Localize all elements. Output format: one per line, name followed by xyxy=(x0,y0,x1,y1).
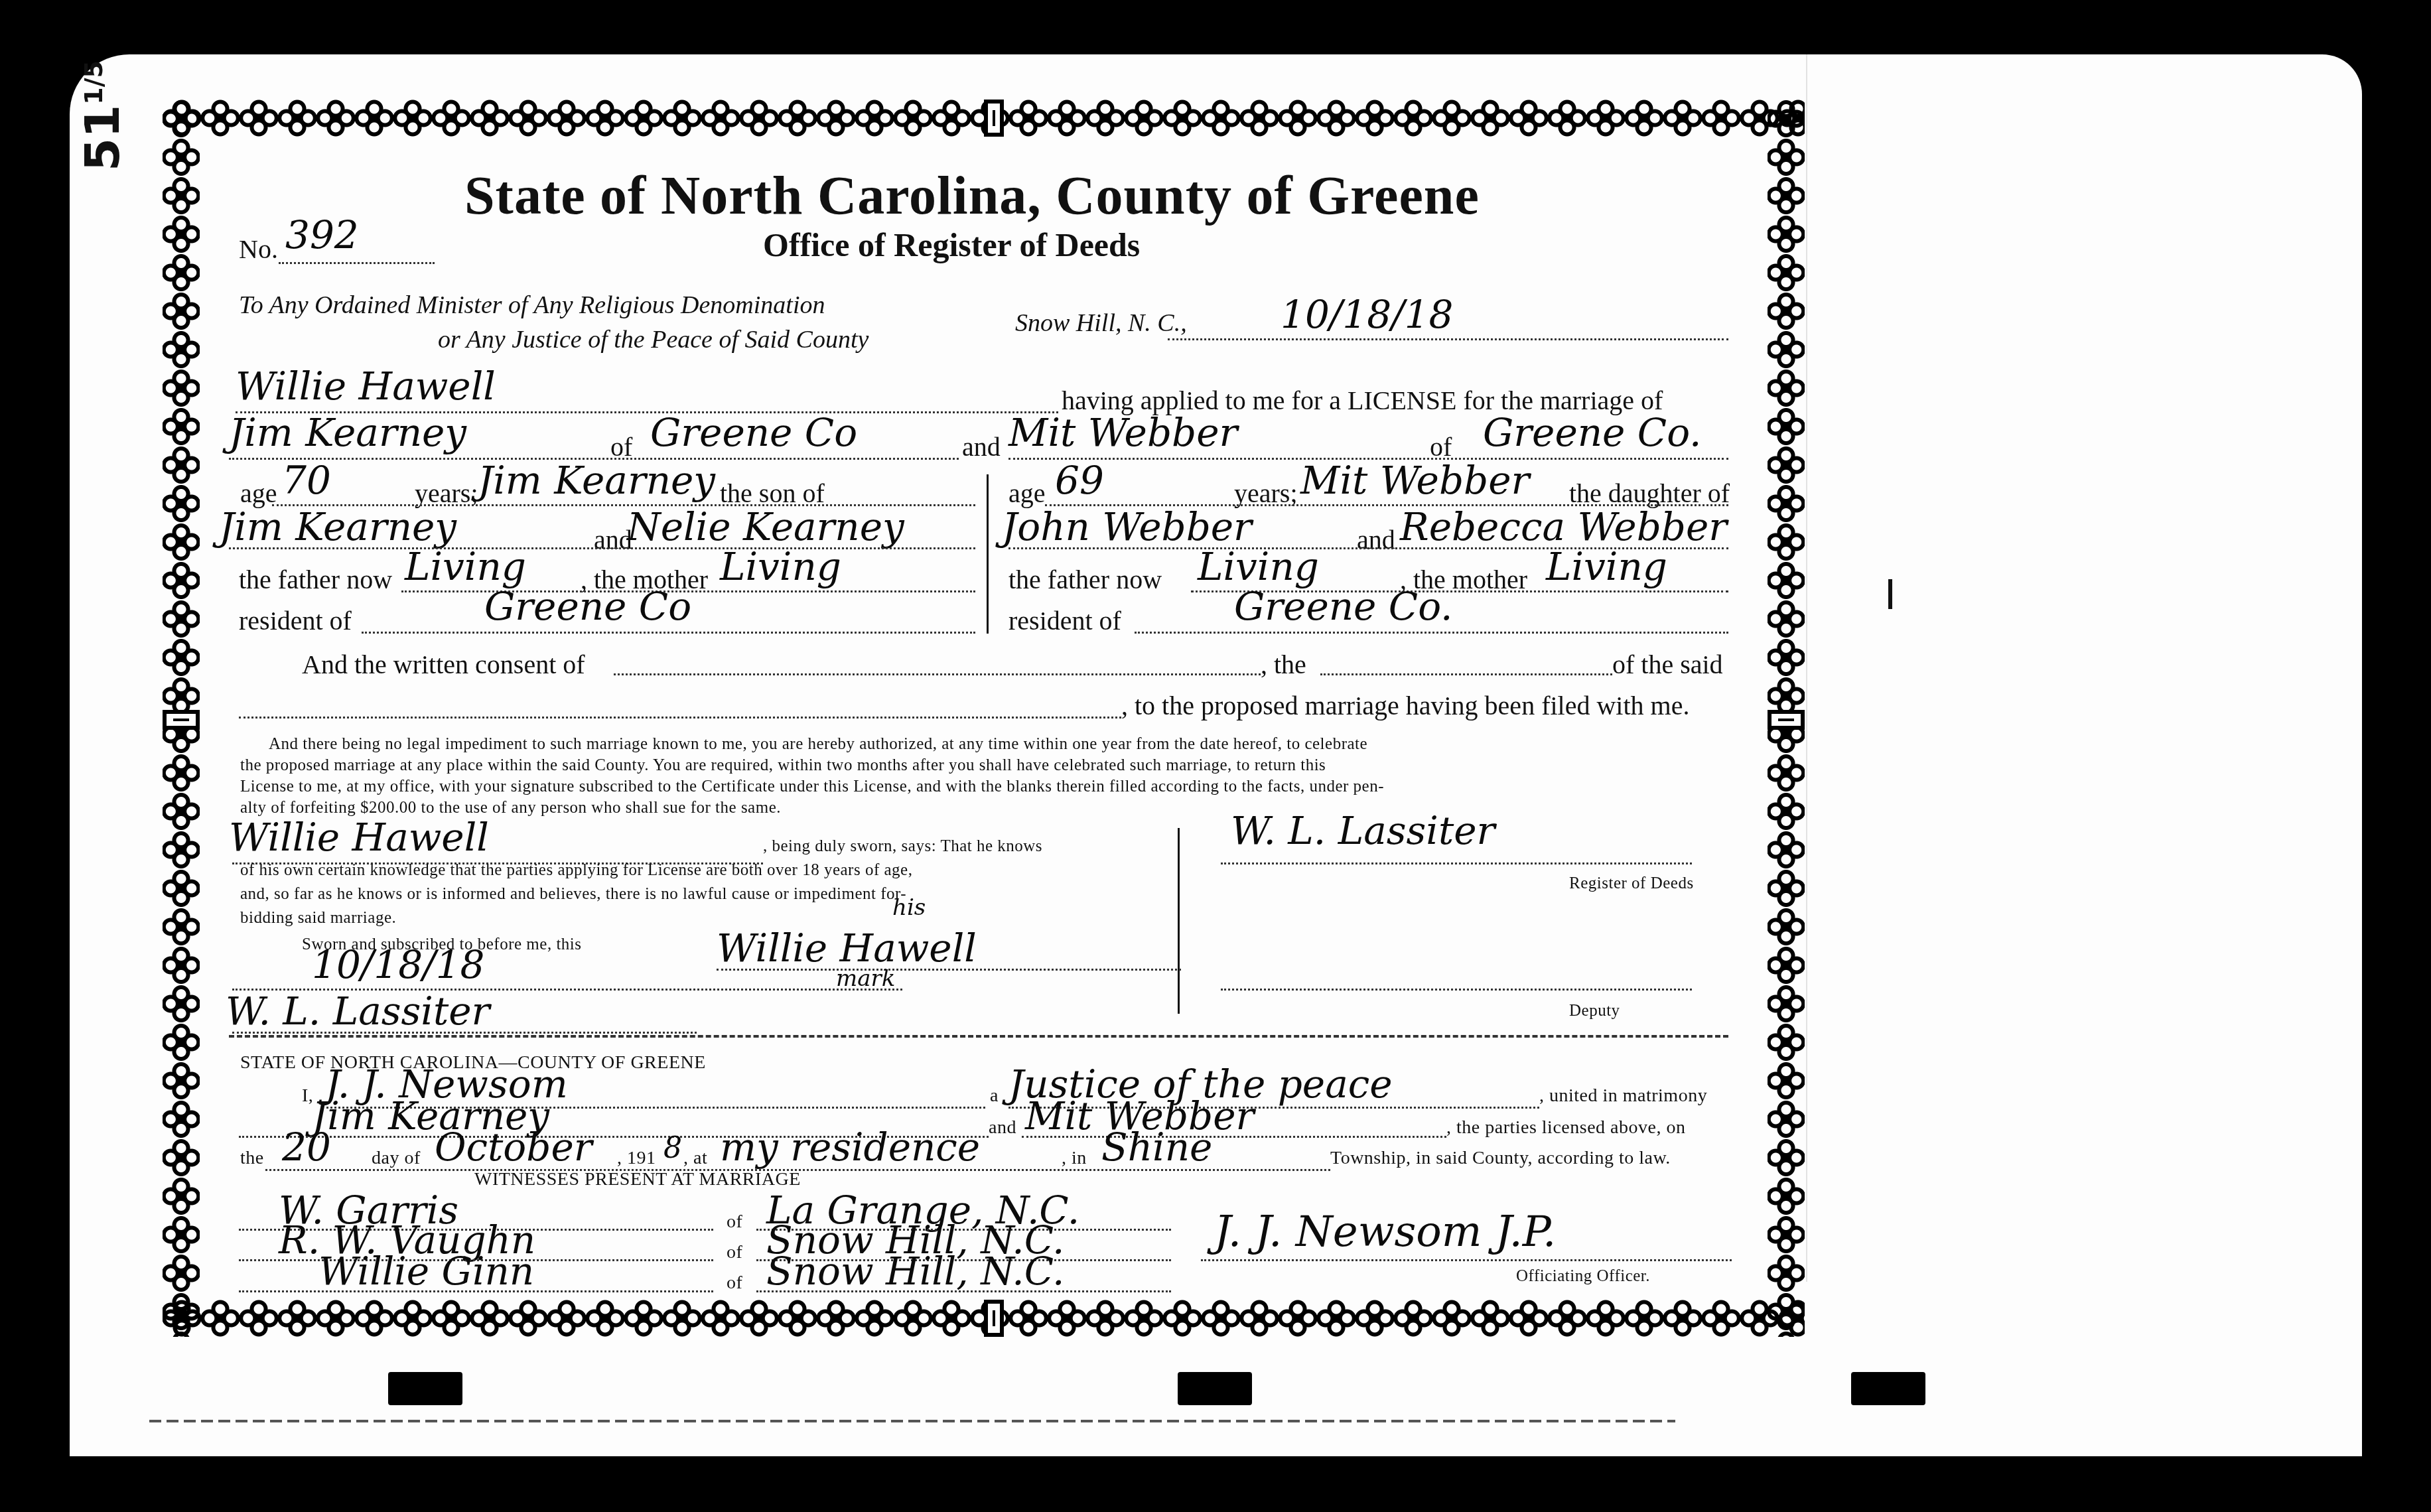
sworn-date: 10/18/18 xyxy=(312,942,485,987)
parties-label: , the parties licensed above, on xyxy=(1446,1117,1685,1138)
register-title: Register of Deeds xyxy=(1569,874,1694,893)
and-label: and xyxy=(962,431,1001,462)
mark-label: mark xyxy=(836,965,895,992)
officiating-signature: J. J. Newsom J.P. xyxy=(1214,1207,1556,1257)
consent-relation-line xyxy=(1320,673,1612,675)
page-fraction: 1/5 xyxy=(79,60,108,105)
deputy-label: Deputy xyxy=(1569,1002,1620,1020)
applicant-name: Willie Hawell xyxy=(236,364,496,409)
groom-age: 70 xyxy=(282,458,331,503)
address-line-2: or Any Justice of the Peace of Said Coun… xyxy=(438,325,868,354)
section-separator xyxy=(229,1035,1728,1038)
bride-resident-label: resident of xyxy=(1008,605,1121,636)
authorization-line-3: License to me, at my office, with your s… xyxy=(240,778,1384,796)
bride-father: John Webber xyxy=(1002,504,1252,549)
officiating-signature-line xyxy=(1201,1259,1732,1261)
officiating-label: Officiating Officer. xyxy=(1516,1267,1650,1286)
border-marker-right-icon xyxy=(1768,710,1805,730)
consent-the-label: , the xyxy=(1261,649,1306,680)
certificate-the-label: the xyxy=(240,1148,264,1169)
oath-line-3: and, so far as he knows or is informed a… xyxy=(240,885,906,904)
corner-page-number: 511/5 xyxy=(74,60,130,171)
authorization-line-1: And there being no legal impediment to s… xyxy=(269,735,1367,754)
marriage-place: my residence xyxy=(720,1125,980,1170)
groom-name: Jim Kearney xyxy=(229,410,466,455)
witness-3-residence-line xyxy=(756,1290,1171,1292)
consent-filed-text: , to the proposed marriage having been f… xyxy=(1121,690,1689,721)
date-line xyxy=(1168,338,1728,340)
groom-resident-label: resident of xyxy=(239,605,352,636)
registration-tab-center xyxy=(1178,1372,1252,1405)
column-divider xyxy=(987,474,989,634)
authorization-line-2: the proposed marriage at any place withi… xyxy=(240,756,1326,775)
in-label: , in xyxy=(1062,1148,1087,1169)
groom-resident: Greene Co xyxy=(484,584,691,629)
bride-father-now-label: the father now xyxy=(1008,564,1162,595)
license-no-value: 392 xyxy=(285,212,359,257)
license-date: 10/18/18 xyxy=(1281,292,1454,337)
consent-line-2 xyxy=(239,717,1121,719)
oath-line-2: of his own certain knowledge that the pa… xyxy=(240,861,912,880)
consent-name-line xyxy=(614,673,1261,675)
groom-resident-line xyxy=(362,632,975,634)
witness-3-name: Willie Ginn xyxy=(318,1249,534,1294)
deputy-signature-line xyxy=(1221,989,1692,991)
registration-tab-right xyxy=(1851,1372,1925,1405)
margin-mark xyxy=(1888,579,1892,609)
document-title: State of North Carolina, County of Green… xyxy=(464,165,1480,227)
place-label: Snow Hill, N. C., xyxy=(1015,309,1187,338)
groom-mother: Nelie Kearney xyxy=(627,504,904,549)
marriage-day: 20 xyxy=(282,1125,331,1170)
township-label: Township, in said County, according to l… xyxy=(1330,1148,1671,1169)
groom-parents-line xyxy=(229,547,975,549)
witness-3-residence: Snow Hill, N.C. xyxy=(766,1249,1064,1294)
groom-name-repeat: Jim Kearney xyxy=(478,458,715,503)
affiant-signature-line xyxy=(717,969,1181,971)
groom-county: Greene Co xyxy=(650,410,857,455)
border-marker-top-icon xyxy=(984,100,1004,137)
groom-father: Jim Kearney xyxy=(219,504,456,549)
year-prefix: , 191 xyxy=(617,1148,656,1169)
register-signature: W. L. Lassiter xyxy=(1231,808,1495,853)
page-number: 51 xyxy=(74,105,130,171)
border-marker-bottom-icon xyxy=(984,1300,1004,1337)
bride-mother: Rebecca Webber xyxy=(1400,504,1727,549)
address-line-1: To Any Ordained Minister of Any Religiou… xyxy=(239,291,825,320)
groom-mother-status: Living xyxy=(720,544,841,589)
witnesses-heading: WITNESSES PRESENT AT MARRIAGE xyxy=(474,1169,801,1190)
bride-name-repeat: Mit Webber xyxy=(1300,458,1529,503)
bride-resident-line xyxy=(1135,632,1728,634)
day-of-label: day of xyxy=(372,1148,421,1169)
township-name: Shine xyxy=(1101,1125,1212,1170)
bride-father-status: Living xyxy=(1198,544,1319,589)
certificate-and-label: and xyxy=(989,1117,1016,1138)
oath-line-4: bidding said marriage. xyxy=(240,909,396,928)
bride-name: Mit Webber xyxy=(1008,410,1237,455)
bottom-rule xyxy=(149,1420,1675,1422)
consent-label: And the written consent of xyxy=(302,649,585,680)
certificate-bride-line xyxy=(1022,1136,1446,1138)
document-subtitle: Office of Register of Deeds xyxy=(763,226,1140,264)
border-marker-left-icon xyxy=(163,710,200,730)
affiant-signature: Willie Hawell xyxy=(717,926,977,971)
bride-age: 69 xyxy=(1055,458,1104,503)
bride-county: Greene Co. xyxy=(1483,410,1702,455)
witness-3-of-label: of xyxy=(727,1272,742,1294)
oath-line-1: , being duly sworn, says: That he knows xyxy=(763,837,1042,856)
sworn-by-line xyxy=(232,1032,697,1034)
license-no-label: No. xyxy=(239,234,278,265)
his-label: his xyxy=(892,894,926,921)
bride-mother-status: Living xyxy=(1546,544,1667,589)
groom-father-status: Living xyxy=(405,544,526,589)
united-label: , united in matrimony xyxy=(1539,1085,1707,1107)
sworn-by-signature: W. L. Lassiter xyxy=(226,989,490,1034)
bride-parents-and: and xyxy=(1357,524,1395,555)
consent-said-label: of the said xyxy=(1612,649,1723,680)
witness-1-of-label: of xyxy=(727,1211,742,1233)
witness-3-line xyxy=(239,1290,713,1292)
oath-divider xyxy=(1178,828,1180,1014)
marriage-month: October xyxy=(435,1125,592,1170)
bride-resident: Greene Co. xyxy=(1234,584,1453,629)
certificate-a-label: a xyxy=(990,1085,999,1107)
witness-2-of-label: of xyxy=(727,1242,742,1263)
groom-father-now-label: the father now xyxy=(239,564,392,595)
register-signature-line xyxy=(1221,862,1692,864)
license-no-line xyxy=(279,262,435,264)
at-label: , at xyxy=(683,1148,707,1169)
registration-tab-left xyxy=(388,1372,462,1405)
year-suffix: 8 xyxy=(663,1131,682,1165)
oath-affiant-name: Willie Hawell xyxy=(229,815,489,860)
fold-line xyxy=(1806,54,1807,1282)
